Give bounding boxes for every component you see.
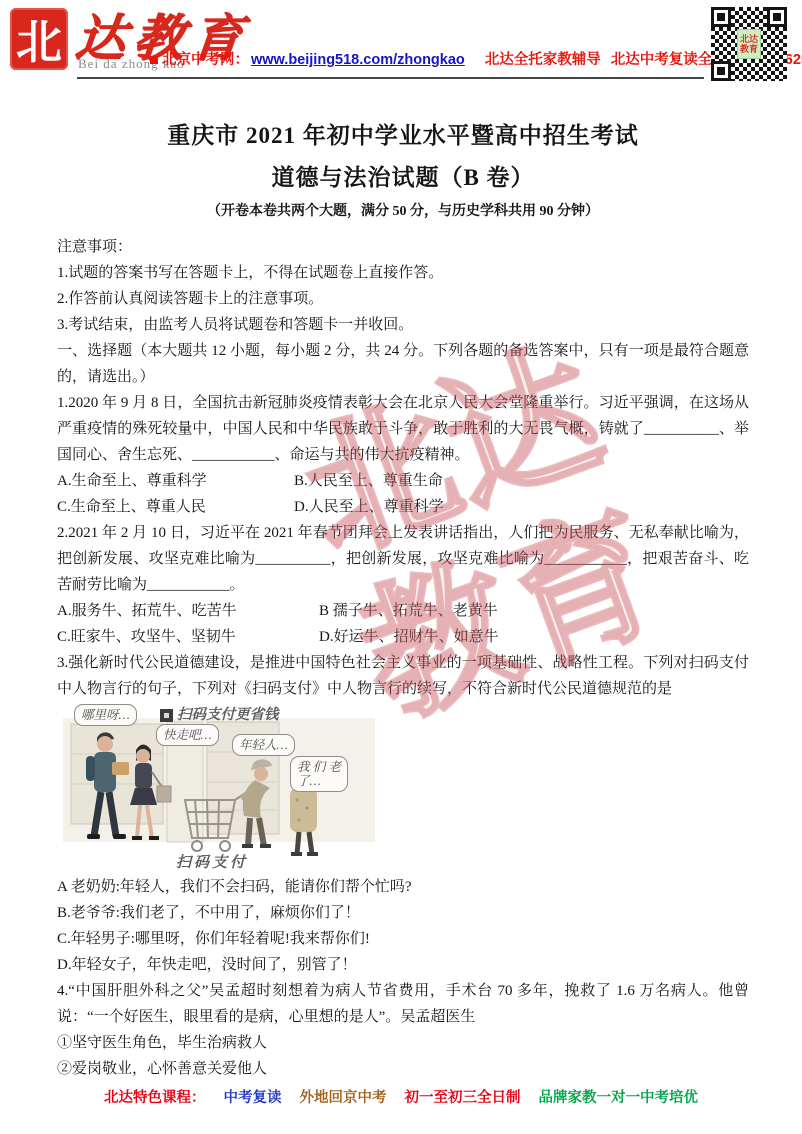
notice-item: 1.试题的答案书写在答题卡上，不得在试题卷上直接作答。 (57, 260, 749, 286)
qr-code: 北达 教育 (711, 7, 787, 81)
q1-option-b: B.人民至上、尊重生命 (294, 468, 749, 494)
q1-option-d: D.人民至上、尊重科学 (294, 494, 749, 520)
qr-badge-text: 北达 (740, 34, 758, 44)
question-3-text: 3.强化新时代公民道德建设，是推进中国特色社会主义事业的一项基础性、战略性工程。… (57, 650, 749, 702)
notice-item: 2.作答前认真阅读答题卡上的注意事项。 (57, 286, 749, 312)
q1-option-c: C.生命至上、尊重人民 (57, 494, 294, 520)
qr-scan-icon (160, 709, 173, 722)
speech-bubble: 我们老了… (290, 756, 348, 792)
q3-option-c: C.年轻男子:哪里呀，你们年轻着呢!我来帮你们! (57, 926, 749, 952)
question-1-options: A.生命至上、尊重科学 B.人民至上、尊重生命 C.生命至上、尊重人民 D.人民… (57, 468, 749, 520)
qr-finder-icon (711, 7, 731, 27)
square-bullet-icon (150, 56, 158, 64)
comic-caption: 扫码支付 (157, 850, 267, 876)
seal-character: 北 (16, 6, 62, 72)
site-label: 北京中考网： (162, 52, 249, 68)
footer-course: 初一至初三全日制 (405, 1090, 521, 1106)
question-2-text: 2.2021 年 2 月 10 日，习近平在 2021 年春节团拜会上发表讲话指… (57, 520, 749, 598)
q3-option-b: B.老爷爷:我们老了，不中用了，麻烦你们了！ (57, 900, 749, 926)
qr-center-badge: 北达 教育 (737, 29, 761, 59)
q3-option-a: A 老奶奶:年轻人，我们不会扫码，能请你们帮个忙吗? (57, 874, 749, 900)
footer-course: 品牌家教一对一中考培优 (539, 1090, 699, 1106)
question-2-options: A.服务牛、拓荒牛、吃苦牛 B 孺子牛、拓荒牛、老黄牛 C.旺家牛、攻坚牛、坚韧… (57, 598, 749, 650)
footer-label: 北达特色课程： (104, 1090, 206, 1106)
footer-course: 外地回京中考 (300, 1090, 387, 1106)
qr-badge-text: 教育 (740, 44, 758, 54)
exam-content: 重庆市 2021 年初中学业水平暨高中招生考试 道德与法治试题（B 卷） （开卷… (57, 112, 749, 1082)
q3-option-d: D.年轻女子，年快走吧，没时间了，别管了！ (57, 952, 749, 978)
notice-heading: 注意事项： (57, 234, 749, 260)
q2-option-c: C.旺家牛、攻坚牛、坚韧牛 (57, 624, 319, 650)
q1-option-a: A.生命至上、尊重科学 (57, 468, 294, 494)
footer-course: 中考复读 (224, 1090, 282, 1106)
footer-courses: 北达特色课程：中考复读外地回京中考初一至初三全日制品牌家教一对一中考培优 (0, 1086, 802, 1107)
q4-statement-2: ②爱岗敬业，心怀善意关爱他人 (57, 1056, 749, 1082)
site-link[interactable]: www.beijing518.com/zhongkao (251, 52, 465, 68)
exam-title-line2: 道德与法治试题（B 卷） (57, 160, 749, 196)
header-divider (77, 77, 704, 79)
comic-panel: 扫码支付更省钱 哪里呀… 快走吧… 年轻人… 我们老了… 扫码支付 (57, 702, 389, 874)
exam-title-line1: 重庆市 2021 年初中学业水平暨高中招生考试 (57, 118, 749, 154)
brand-seal-logo: 北 (10, 8, 68, 70)
q2-option-b: B 孺子牛、拓荒牛、老黄牛 (319, 598, 749, 624)
exam-paper-page: 北 达教育 Bei da zhong kao 北京中考网：www.beijing… (0, 0, 802, 1134)
qr-finder-icon (767, 7, 787, 27)
q4-statement-1: ①坚守医生角色，毕生治病救人 (57, 1030, 749, 1056)
question-1-text: 1.2020 年 9 月 8 日，全国抗击新冠肺炎疫情表彰大会在北京人民大会堂隆… (57, 390, 749, 468)
q2-option-a: A.服务牛、拓荒牛、吃苦牛 (57, 598, 319, 624)
speech-bubble: 快走吧… (156, 724, 219, 746)
qr-finder-icon (711, 61, 731, 81)
speech-bubble: 年轻人… (232, 734, 295, 756)
site-header: 北 达教育 Bei da zhong kao 北京中考网：www.beijing… (0, 0, 802, 86)
notice-item: 3.考试结束，由监考人员将试题卷和答题卡一并收回。 (57, 312, 749, 338)
speech-bubble: 哪里呀… (74, 704, 137, 726)
q2-option-d: D.好运牛、招财牛、如意牛 (319, 624, 749, 650)
exam-subtitle: （开卷本卷共两个大题，满分 50 分，与历史学科共用 90 分钟） (57, 200, 749, 224)
question-4-text: 4.“中国肝胆外科之父”吴孟超时刻想着为病人节省费用，手术台 70 多年，挽救了… (57, 978, 749, 1030)
section-heading: 一、选择题（本大题共 12 小题，每小题 2 分，共 24 分。下列各题的备选答… (57, 338, 749, 390)
header-links-row: 北京中考网：www.beijing518.com/zhongkao北达全托家教辅… (150, 48, 802, 69)
promo-tutoring: 北达全托家教辅导 (485, 52, 601, 68)
